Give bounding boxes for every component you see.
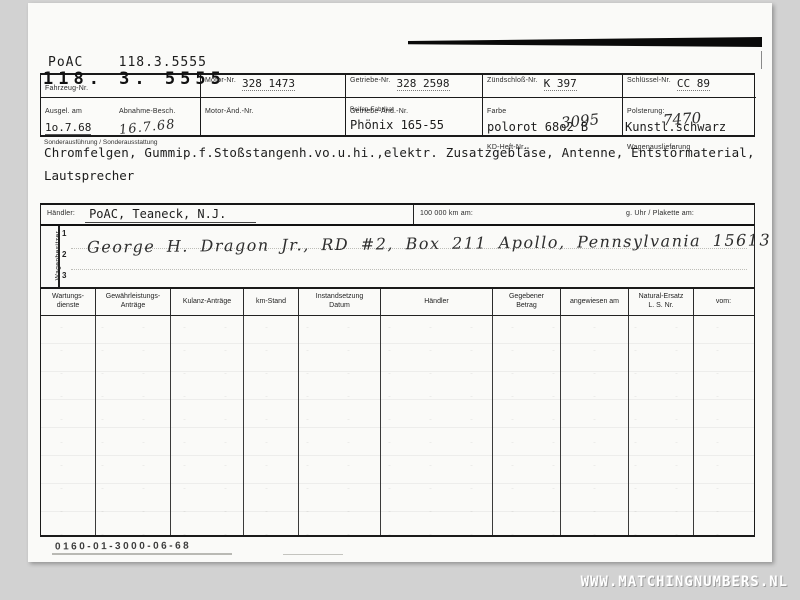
- reference-line: PoAC 118.3.5555: [48, 55, 207, 70]
- empty-column-km-stand: [244, 316, 299, 535]
- ref-spacer: [83, 55, 118, 70]
- owner-guide-line-2: [71, 269, 747, 270]
- dates-cell: Ausgel. am 1o.7.68 Abnahme-Besch. 16.7.6…: [41, 98, 200, 135]
- dealer-block: Händler: PoAC, Teaneck, N.J.: [47, 207, 256, 223]
- kardex-card-page: PoAC 118.3.5555 Fahrzeug-Nr. 118. 3. 555…: [28, 3, 772, 562]
- motor-label: Motor-Nr.: [205, 77, 236, 85]
- header-natural-ersatz: Natural-Ersatz L. S. Nr.: [629, 289, 694, 315]
- reifen-label: Reifen-Fabrikat: [350, 107, 394, 113]
- empty-column-natural-ersatz: [629, 316, 694, 535]
- motor-value: 328 1473: [242, 77, 295, 91]
- footer-scan-line-1: [52, 553, 232, 555]
- abnahme-label: Abnahme-Besch.: [119, 108, 176, 115]
- kdheft-value: 3095: [560, 110, 600, 132]
- ausgel-block: Ausgel. am 1o.7.68: [45, 100, 119, 136]
- fahrzeug-cell: Fahrzeug-Nr. 118. 3. 5555: [41, 75, 200, 98]
- scan-edge-artifact: [408, 37, 762, 47]
- km-100000-label: 100 000 km am:: [420, 210, 473, 218]
- column-schluessel: Schlüssel-Nr. CC 89 Polsterung: Kunstl.s…: [623, 75, 756, 135]
- schluessel-cell: Schlüssel-Nr. CC 89: [623, 75, 756, 98]
- dealer-code: PoAC: [48, 55, 83, 70]
- empty-column-kulanz: [171, 316, 244, 535]
- form-print-number: 0160-01-3000-06-68: [55, 541, 191, 553]
- getriebe-aend-cell: Getriebe-Änd.-Nr. Reifen-Fabrikat Phönix…: [346, 98, 482, 135]
- header-vom: vom:: [694, 289, 753, 315]
- chassis-ref-number: 118.3.5555: [119, 55, 207, 70]
- owner-row-number-2: 2: [62, 250, 66, 259]
- header-betrag: Gegebener Betrag: [493, 289, 561, 315]
- header-km-stand: km-Stand: [244, 289, 299, 315]
- footer-scan-line-2: [283, 554, 343, 555]
- schluessel-label: Schlüssel-Nr.: [627, 77, 671, 85]
- dealer-value: PoAC, Teaneck, N.J.: [85, 207, 256, 223]
- sonderausstattung-line1: Chromfelgen, Gummip.f.Stoßstangenh.vo.u.…: [44, 145, 755, 160]
- service-table-body: [41, 316, 754, 535]
- header-kulanz: Kulanz-Anträge: [171, 289, 244, 315]
- dealer-divider: [413, 205, 414, 226]
- farbe-cell: Farbe polorot 68o2 B KD-Heft-Nr. 3095: [483, 98, 622, 135]
- watermark-url: WWW.MATCHINGNUMBERS.NL: [581, 574, 788, 590]
- motor-aend-cell: Motor-Änd.-Nr.: [201, 98, 345, 135]
- scan-artifact-line: [761, 51, 762, 69]
- farbe-label: Farbe: [487, 108, 506, 115]
- service-record-table: Wartungs- dienste Gewährleistungs- Anträ…: [40, 287, 755, 537]
- zuendschloss-label: Zündschloß-Nr.: [487, 77, 538, 85]
- header-wartungsdienste: Wartungs- dienste: [41, 289, 96, 315]
- uhr-plakette-label: g. Uhr / Plakette am:: [626, 210, 694, 218]
- owner-row-number-3: 3: [62, 271, 66, 280]
- auslieferung-value: 7470: [662, 109, 701, 130]
- empty-column-betrag: [493, 316, 561, 535]
- reifen-value: Phönix 165-55: [350, 118, 444, 132]
- empty-column-vom: [694, 316, 753, 535]
- header-haendler: Händler: [381, 289, 493, 315]
- service-table-header-row: Wartungs- dienste Gewährleistungs- Anträ…: [41, 289, 754, 316]
- zuendschloss-cell: Zündschloß-Nr. K 397: [483, 75, 622, 98]
- ausgel-label: Ausgel. am: [45, 108, 82, 115]
- fahrzeug-number-stamp: 118. 3. 5555: [43, 69, 226, 89]
- scanned-document-view: PoAC 118.3.5555 Fahrzeug-Nr. 118. 3. 555…: [0, 0, 800, 600]
- column-zuendschloss: Zündschloß-Nr. K 397 Farbe polorot 68o2 …: [483, 75, 623, 135]
- header-gewaehrleistung: Gewährleistungs- Anträge: [96, 289, 171, 315]
- motor-aend-label: Motor-Änd.-Nr.: [205, 108, 254, 115]
- getriebe-label: Getriebe-Nr.: [350, 77, 391, 85]
- dealer-label: Händler:: [47, 210, 75, 218]
- empty-column-wartungsdienste: [41, 316, 96, 535]
- vehicle-data-grid: Fahrzeug-Nr. 118. 3. 5555 Ausgel. am 1o.…: [40, 73, 755, 137]
- getriebe-cell: Getriebe-Nr. 328 2598: [346, 75, 482, 98]
- column-motor: Motor-Nr. 328 1473 Motor-Änd.-Nr.: [201, 75, 346, 135]
- sonderausstattung-line2: Lautsprecher: [44, 168, 134, 183]
- empty-column-instandsetzung: [299, 316, 381, 535]
- polsterung-label: Polsterung:: [627, 108, 665, 115]
- owner-row-number-1: 1: [62, 229, 66, 238]
- owner-divider-line: [58, 226, 60, 289]
- getriebe-value: 328 2598: [397, 77, 450, 91]
- owner-entry-handwritten: George H. Dragon Jr., RD #2, Box 211 Apo…: [87, 230, 771, 256]
- empty-column-gewaehrleistung: [96, 316, 171, 535]
- schluessel-value: CC 89: [677, 77, 710, 91]
- reifen-block: Reifen-Fabrikat Phönix 165-55: [350, 98, 444, 134]
- empty-column-haendler: [381, 316, 493, 535]
- ausgel-value: 1o.7.68: [45, 121, 91, 135]
- polsterung-cell: Polsterung: Kunstl.schwarz Wagenausliefe…: [623, 98, 756, 135]
- column-getriebe: Getriebe-Nr. 328 2598 Getriebe-Änd.-Nr. …: [346, 75, 483, 135]
- abnahme-block: Abnahme-Besch. 16.7.68: [119, 100, 193, 136]
- dealer-row: Händler: PoAC, Teaneck, N.J. 100 000 km …: [40, 203, 755, 224]
- owner-box: Wagenbesitzer 1 2 3 George H. Dragon Jr.…: [40, 224, 755, 287]
- header-instandsetzung: Instandsetzung Datum: [299, 289, 381, 315]
- empty-column-angewiesen: [561, 316, 629, 535]
- header-angewiesen: angewiesen am: [561, 289, 629, 315]
- motor-cell: Motor-Nr. 328 1473: [201, 75, 345, 98]
- abnahme-value: 16.7.68: [118, 117, 176, 138]
- zuendschloss-value: K 397: [544, 77, 577, 91]
- column-fahrzeug: Fahrzeug-Nr. 118. 3. 5555 Ausgel. am 1o.…: [41, 75, 201, 135]
